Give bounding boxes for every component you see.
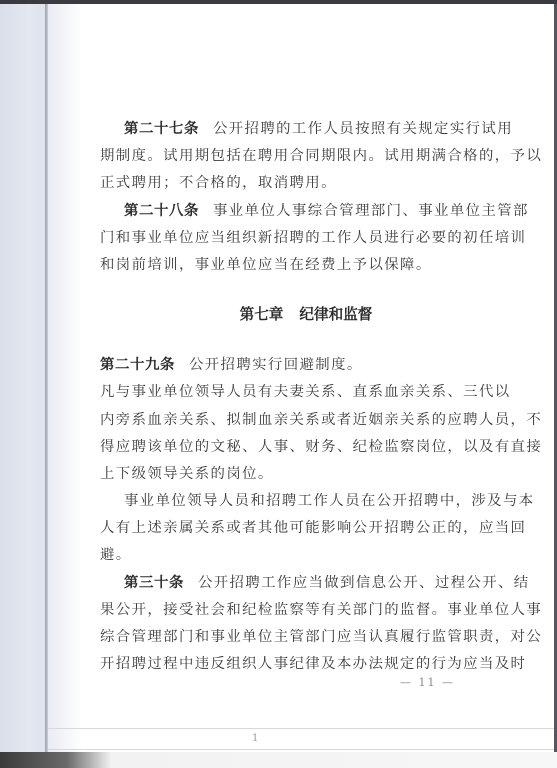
paragraph-text: 得应聘该单位的文秘、人事、财务、纪检监察岗位，以及有直接 bbox=[100, 434, 512, 461]
article-27: 第二十七条公开招聘的工作人员按照有关规定实行试用 期制度。试用期包括在聘用合同期… bbox=[100, 116, 512, 198]
paragraph-text: 凡与事业单位领导人员有夫妻关系、直系血亲关系、三代以 bbox=[100, 379, 512, 406]
article-30: 第三十条公开招聘工作应当做到信息公开、过程公开、结 果公开，接受社会和纪检监察等… bbox=[100, 570, 512, 679]
document-body: 第二十七条公开招聘的工作人员按照有关规定实行试用 期制度。试用期包括在聘用合同期… bbox=[100, 116, 512, 678]
paragraph-text: 避。 bbox=[100, 542, 512, 569]
article-text: 公开招聘工作应当做到信息公开、过程公开、结 bbox=[198, 575, 530, 591]
scan-bottom-edge bbox=[0, 752, 557, 768]
paragraph-text: 人有上述亲属关系或者其他可能影响公开招聘公正的，应当回 bbox=[100, 515, 512, 542]
paragraph-text: 事业单位领导人员和招聘工作人员在公开招聘中，涉及与本 bbox=[100, 488, 512, 515]
article-text: 和岗前培训，事业单位应当在经费上予以保障。 bbox=[100, 252, 512, 279]
bottom-mark: 1 bbox=[252, 733, 258, 744]
article-heading: 第二十九条 bbox=[100, 357, 175, 373]
article-heading: 第三十条 bbox=[124, 575, 184, 591]
chapter-heading: 第七章纪律和监督 bbox=[100, 301, 512, 328]
gutter-shadow bbox=[48, 4, 83, 768]
article-text: 果公开，接受社会和纪检监察等有关部门的监督。事业单位人事 bbox=[100, 597, 512, 624]
chapter-number: 第七章 bbox=[240, 306, 284, 323]
article-heading: 第二十八条 bbox=[124, 203, 199, 219]
article-text: 公开招聘实行回避制度。 bbox=[189, 357, 363, 373]
article-28: 第二十八条事业单位人事综合管理部门、事业单位主管部 门和事业单位应当组织新招聘的… bbox=[100, 198, 512, 280]
article-text: 综合管理部门和事业单位主管部门应当认真履行监管职责，对公 bbox=[100, 624, 512, 651]
book-spine-left-page bbox=[0, 4, 48, 768]
article-text: 期制度。试用期包括在聘用合同期限内。试用期满合格的，予以 bbox=[100, 143, 512, 170]
chapter-title: 纪律和监督 bbox=[299, 306, 372, 323]
article-text: 公开招聘的工作人员按照有关规定实行试用 bbox=[213, 121, 513, 137]
scan-top-edge bbox=[0, 0, 557, 4]
article-text: 事业单位人事综合管理部门、事业单位主管部 bbox=[213, 203, 529, 219]
paragraph-text: 内旁系血亲关系、拟制血亲关系或者近姻亲关系的应聘人员，不 bbox=[100, 407, 512, 434]
article-29: 第二十九条公开招聘实行回避制度。 凡与事业单位领导人员有夫妻关系、直系血亲关系、… bbox=[100, 352, 512, 570]
article-text: 正式聘用；不合格的，取消聘用。 bbox=[100, 170, 512, 197]
article-text: 门和事业单位应当组织新招聘的工作人员进行必要的初任培训 bbox=[100, 225, 512, 252]
article-heading: 第二十七条 bbox=[124, 121, 199, 137]
page-number: — 11 — bbox=[400, 676, 455, 689]
scan-bottom-band bbox=[48, 728, 554, 750]
paragraph-text: 上下级领导关系的岗位。 bbox=[100, 461, 512, 488]
article-text: 开招聘过程中违反组织人事纪律及本办法规定的行为应当及时 bbox=[100, 651, 512, 678]
